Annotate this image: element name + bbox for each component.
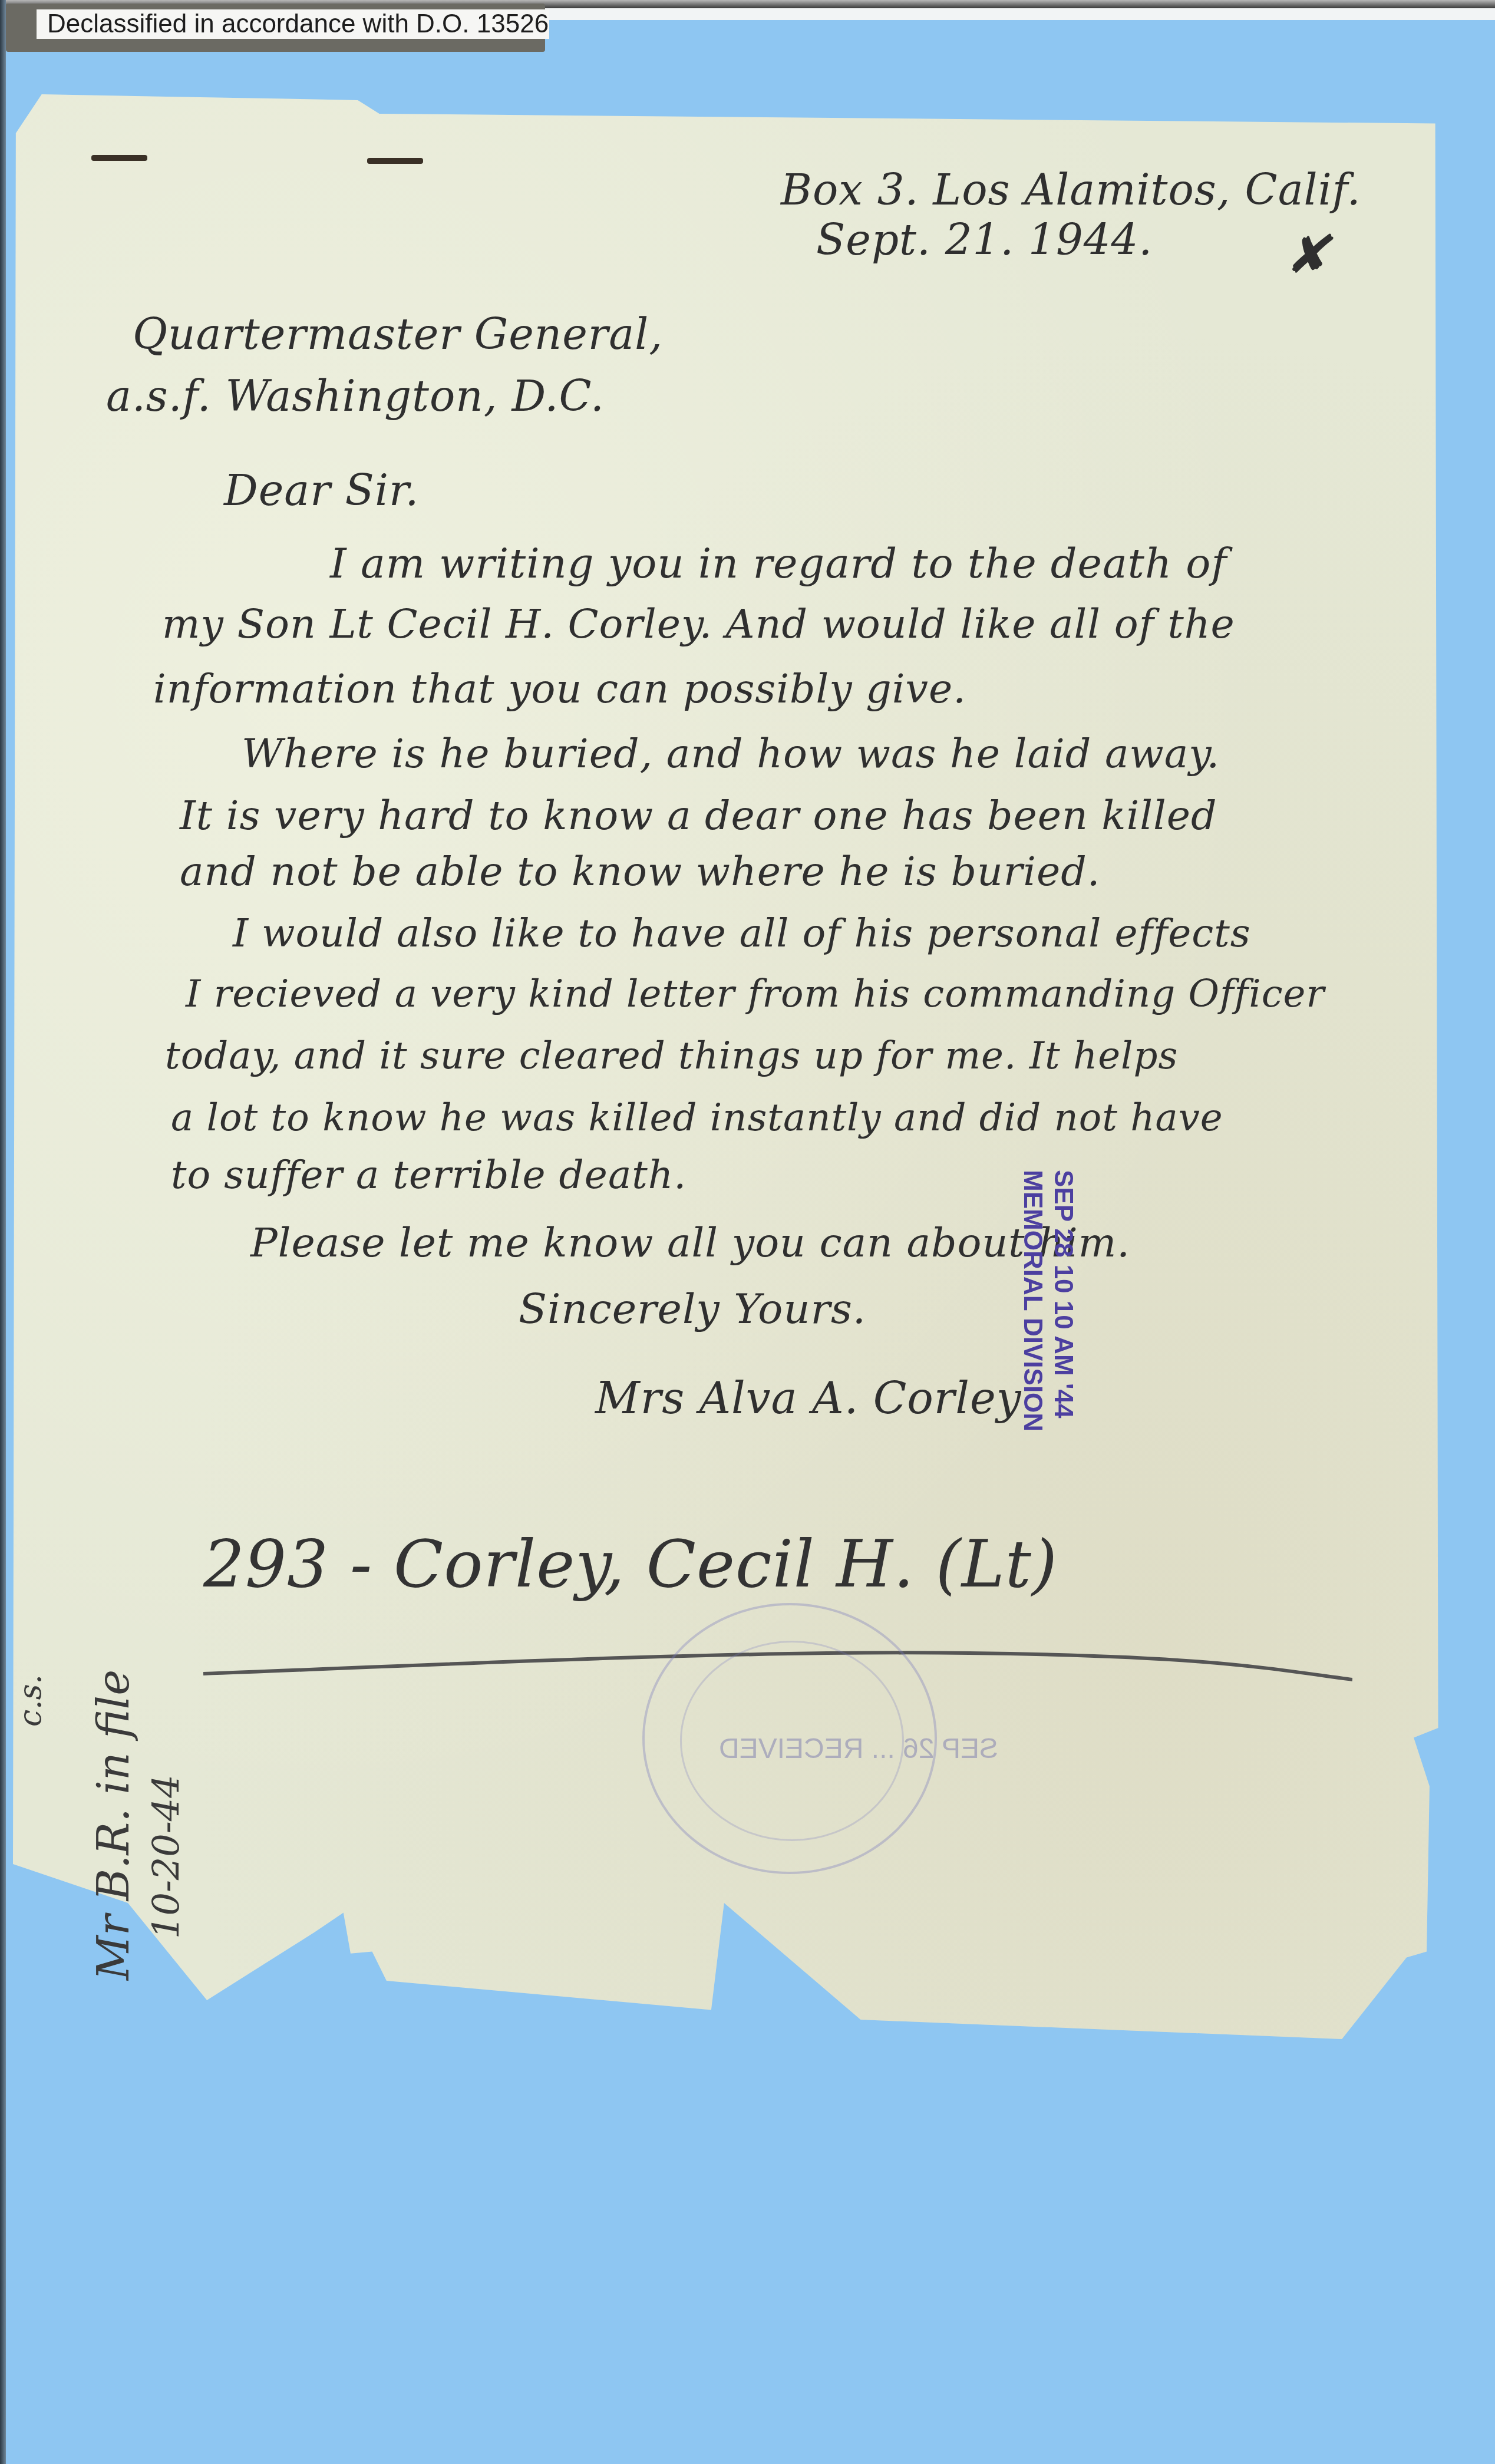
body-line: today, and it sure cleared things up for… bbox=[165, 1034, 1178, 1078]
body-line: Where is he buried, and how was he laid … bbox=[242, 731, 1220, 777]
signature: Mrs Alva A. Corley bbox=[595, 1373, 1022, 1424]
margin-note-date: 10-20-44 bbox=[144, 1774, 187, 1939]
body-line: to suffer a terrible death. bbox=[171, 1152, 687, 1198]
received-date-stamp: SEP 28 10 10 AM '44 MEMORIAL DIVISION bbox=[1017, 1170, 1078, 1431]
date-check-mark: ✘ bbox=[1285, 224, 1329, 286]
scanner-left-edge bbox=[0, 0, 6, 2464]
body-line: and not be able to know where he is buri… bbox=[180, 849, 1100, 895]
recipient-line-2: a.s.f. Washington, D.C. bbox=[106, 371, 605, 421]
body-line: my Son Lt Cecil H. Corley. And would lik… bbox=[162, 601, 1235, 648]
stamp-division: MEMORIAL DIVISION bbox=[1017, 1170, 1048, 1431]
margin-note-cs: c.s. bbox=[13, 1674, 48, 1727]
staple-mark-right bbox=[367, 158, 423, 164]
body-line: It is very hard to know a dear one has b… bbox=[180, 793, 1217, 839]
body-line: Please let me know all you can about him… bbox=[250, 1220, 1130, 1266]
letter-date: Sept. 21. 1944. bbox=[816, 215, 1153, 265]
body-line: a lot to know he was killed instantly an… bbox=[171, 1096, 1223, 1140]
closing: Sincerely Yours. bbox=[519, 1285, 866, 1333]
staple-mark-left bbox=[91, 155, 147, 161]
body-line: I am writing you in regard to the death … bbox=[330, 539, 1227, 588]
declassification-label: Declassified in accordance with D.O. 135… bbox=[6, 4, 545, 52]
body-line: information that you can possibly give. bbox=[153, 666, 966, 713]
stamp-date-time: SEP 28 10 10 AM '44 bbox=[1048, 1170, 1078, 1431]
salutation: Dear Sir. bbox=[224, 466, 419, 515]
recipient-line-1: Quartermaster General, bbox=[133, 309, 663, 359]
margin-note-file: Mr B.R. in file bbox=[88, 1670, 139, 1980]
declassification-text: Declassified in accordance with D.O. 135… bbox=[37, 9, 549, 39]
sender-address: Box 3. Los Alamitos, Calif. bbox=[781, 165, 1361, 215]
faint-round-stamp-text: SEP 26 ... RECEIVED bbox=[719, 1733, 998, 1765]
body-line: I recieved a very kind letter from his c… bbox=[186, 972, 1325, 1016]
body-line: I would also like to have all of his per… bbox=[233, 911, 1251, 956]
file-notation: 293 - Corley, Cecil H. (Lt) bbox=[203, 1526, 1058, 1602]
